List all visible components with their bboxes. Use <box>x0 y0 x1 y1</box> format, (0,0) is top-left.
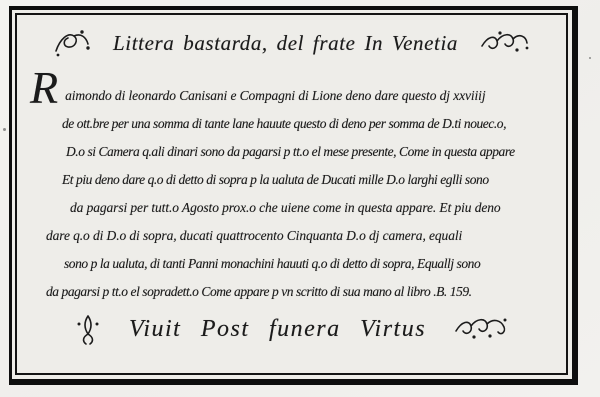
title-right-vine-scroll-icon <box>480 28 530 58</box>
manuscript-line: da pagarsi p tt.o el sopradett.o Come ap… <box>46 278 561 306</box>
manuscript-line: D.o si Camera q.ali dinari sono da pagar… <box>66 138 561 166</box>
plate-frame: Littera bastarda, del frate In Venetia R… <box>9 6 578 385</box>
manuscript-line: R aimondo di leonardo Canisani e Compagn… <box>28 71 561 110</box>
manuscript-line: de ott.bre per una somma di tante lane h… <box>62 110 561 138</box>
page-title: Littera bastarda, del frate In Venetia <box>113 31 458 56</box>
scanned-page-background: Littera bastarda, del frate In Venetia R… <box>0 0 600 397</box>
title-row: Littera bastarda, del frate In Venetia <box>17 28 566 58</box>
manuscript-line: Et piu deno dare q.o di detto di sopra p… <box>62 166 561 194</box>
manuscript-line: da pagarsi per tutt.o Agosto prox.o che … <box>70 194 561 222</box>
manuscript-body: R aimondo di leonardo Canisani e Compagn… <box>28 71 561 306</box>
manuscript-line: sono p la ualuta, di tanti Panni monachi… <box>64 250 561 278</box>
motto: Viuit Post funera Virtus <box>129 316 426 343</box>
title-left-vine-sprig-icon <box>53 28 91 58</box>
manuscript-line-text: aimondo di leonardo Canisani e Compagni … <box>65 82 485 110</box>
motto-row: Viuit Post funera Virtus <box>17 312 566 346</box>
scan-speck <box>3 128 6 131</box>
manuscript-line: dare q.o di D.o di sopra, ducati quattro… <box>46 222 561 250</box>
plate-inner-rule: Littera bastarda, del frate In Venetia R… <box>15 13 568 375</box>
scan-speck <box>589 57 591 59</box>
motto-right-vine-scroll-icon <box>454 313 508 345</box>
motto-left-leaf-sprig-icon <box>75 312 101 346</box>
drop-cap-initial: R <box>30 74 58 102</box>
